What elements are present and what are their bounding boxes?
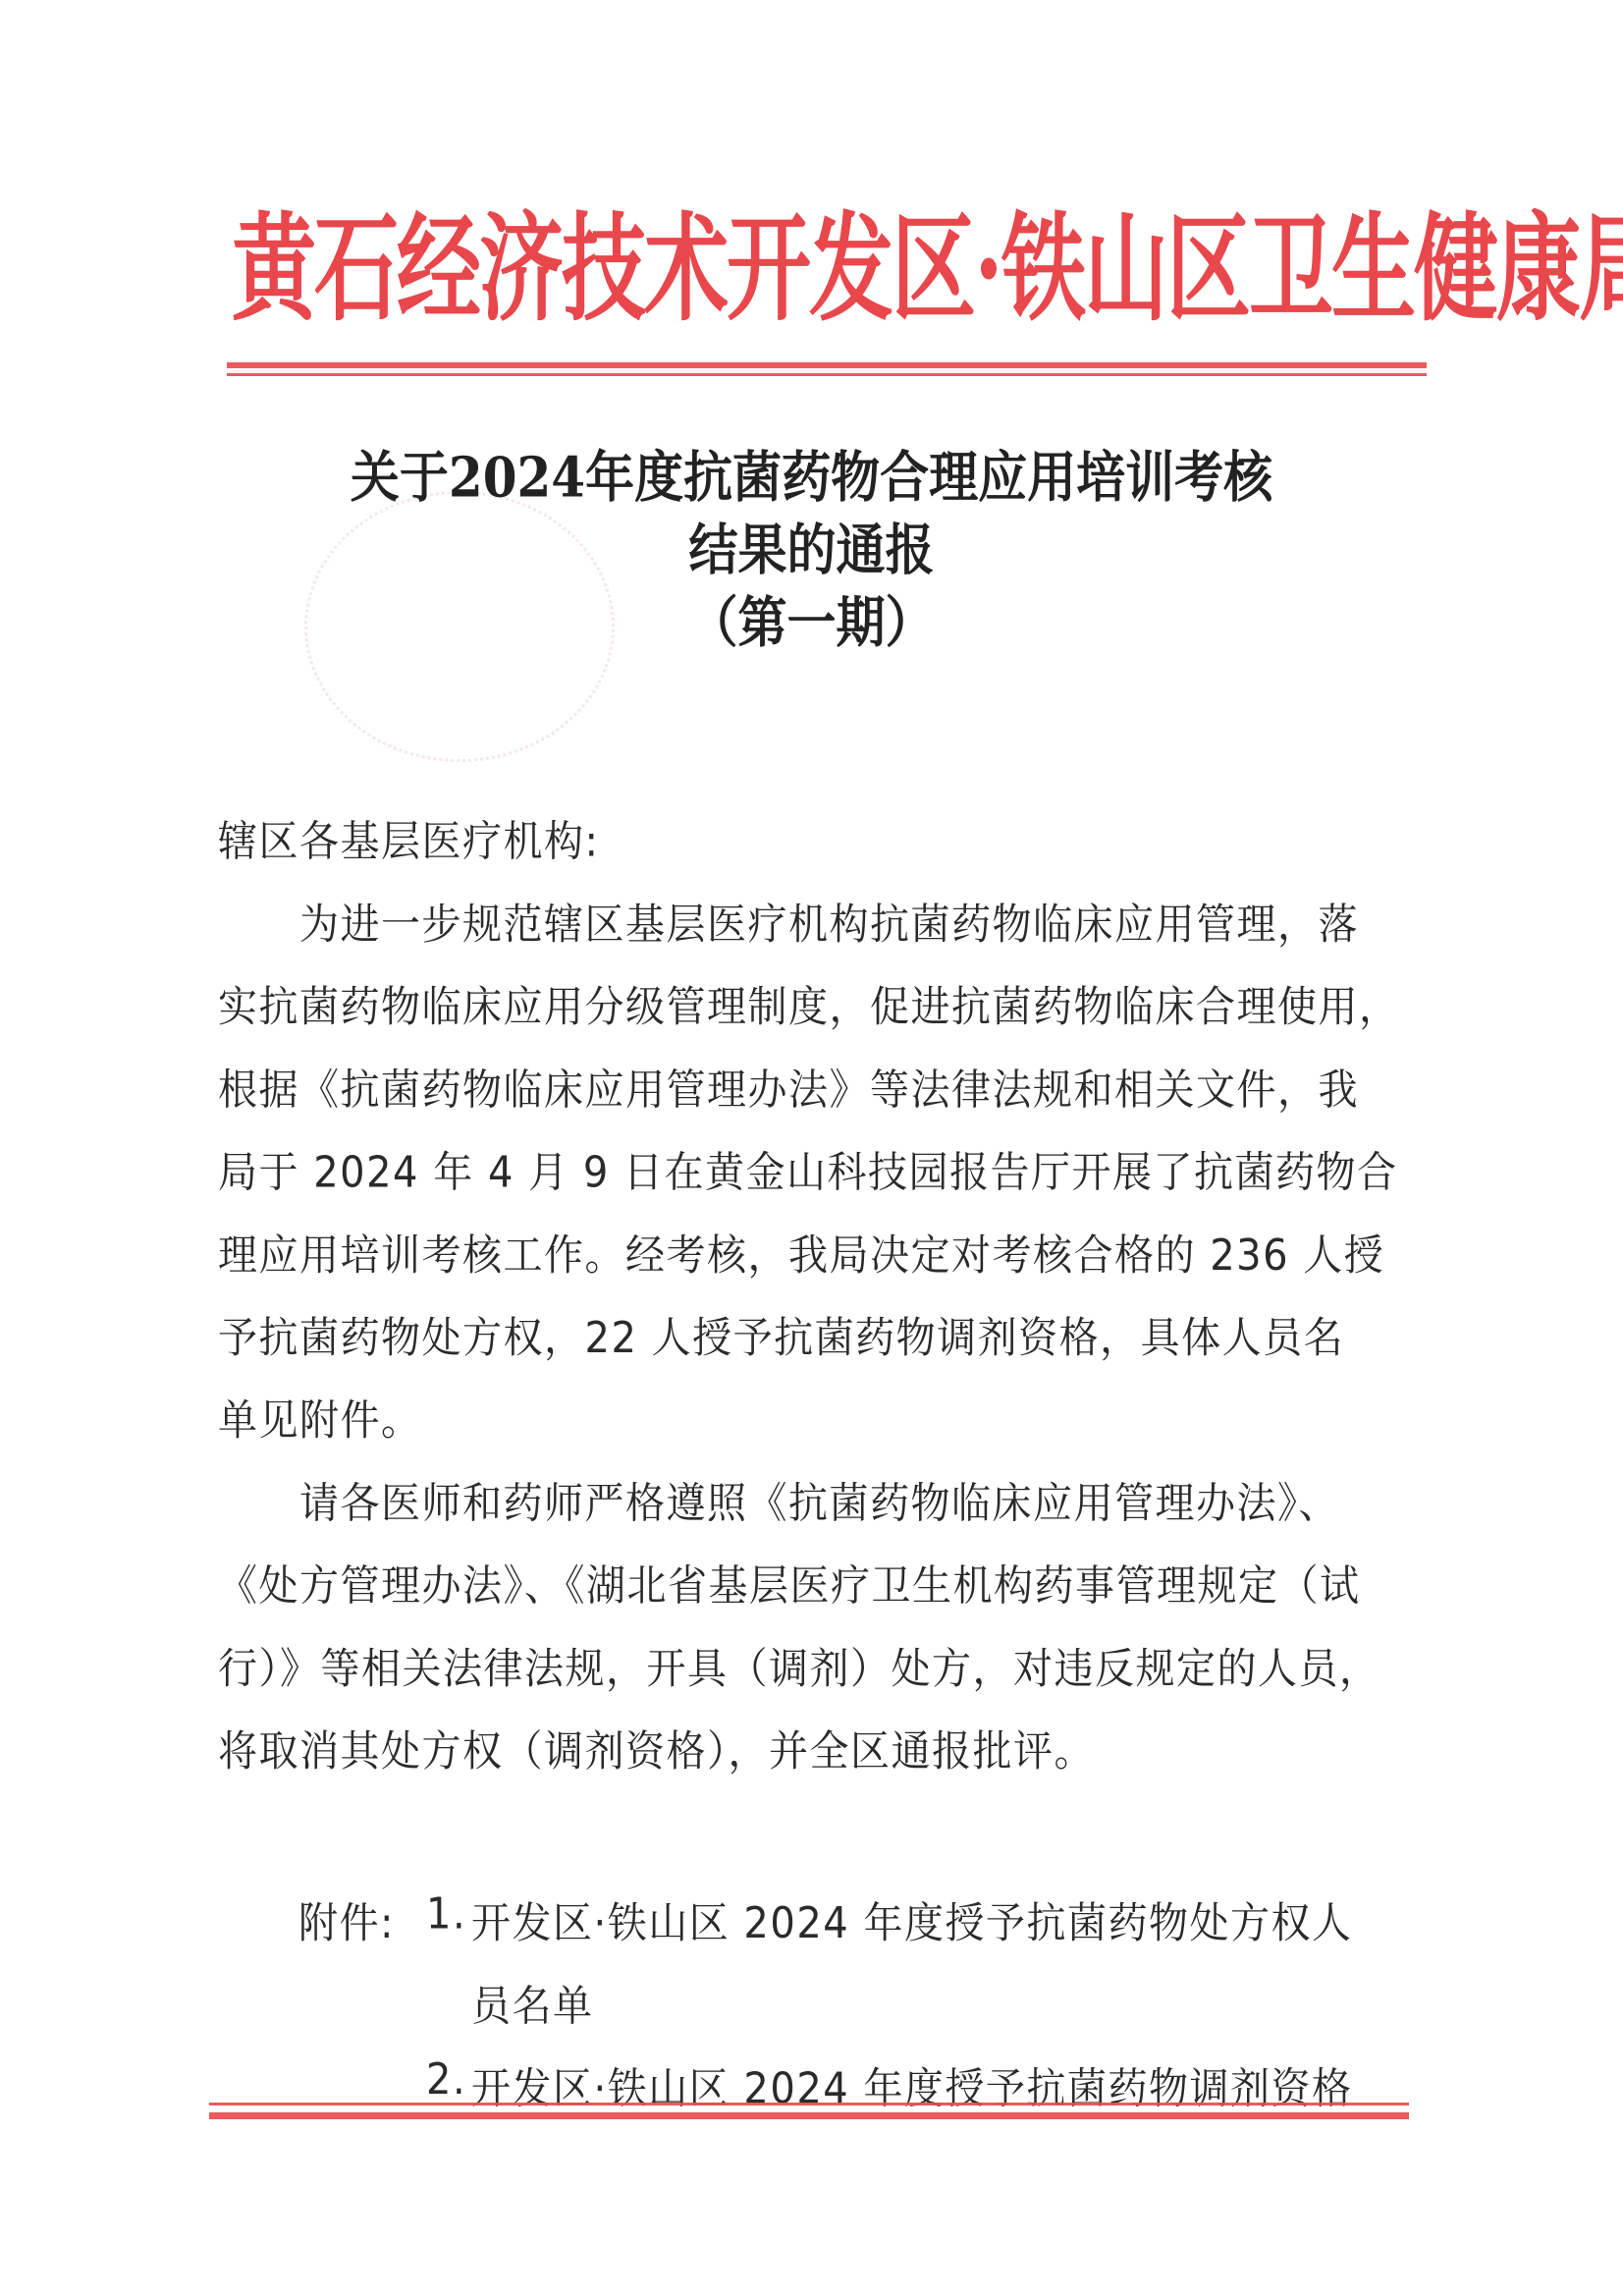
document-title-line1: 关于2024年度抗菌药物合理应用培训考核 (196, 434, 1427, 514)
masthead-rule-thick (227, 362, 1427, 368)
paragraph-1-line-2: 实抗菌药物临床应用分级管理制度，促进抗菌药物临床合理使用， (218, 973, 1400, 1034)
document-page: 黄石经济技术开发区·铁山区卫生健康局 关于2024年度抗菌药物合理应用培训考核 … (0, 0, 1623, 2296)
attachment-1-title-cont: 员名单 (471, 1973, 594, 2034)
salutation: 辖区各基层医疗机构: (218, 808, 599, 869)
paragraph-1-line-1: 为进一步规范辖区基层医疗机构抗菌药物临床应用管理，落 (218, 891, 1359, 952)
attachment-2-title: 开发区·铁山区 2024 年度授予抗菌药物调剂资格 (471, 2055, 1352, 2116)
footer-rule-thick (209, 2112, 1409, 2119)
footer-rule-thin (209, 2103, 1409, 2105)
document-title-line2: 结果的通报 (196, 507, 1427, 586)
attachment-2-number: 2. (426, 2055, 466, 2105)
paragraph-2-line-3: 行）》等相关法律法规，开具（调剂）处方，对违反规定的人员， (218, 1635, 1380, 1696)
paragraph-2-line-1: 请各医师和药师严格遵照《抗菌药物临床应用管理办法》、 (218, 1470, 1339, 1531)
attachments-label: 附件: (298, 1890, 395, 1951)
masthead-text: 黄石经济技术开发区·铁山区卫生健康局 (232, 212, 1430, 329)
paragraph-2-line-2: 《处方管理办法》、《湖北省基层医疗卫生机构药事管理规定（试 (218, 1553, 1361, 1613)
document-title-issue: （第一期） (196, 579, 1427, 659)
paragraph-1-line-3: 根据《抗菌药物临床应用管理办法》等法律法规和相关文件，我 (218, 1057, 1359, 1118)
masthead-rule-thin (227, 373, 1427, 376)
attachment-1-number: 1. (426, 1890, 466, 1940)
attachment-1-title: 开发区·铁山区 2024 年度授予抗菌药物处方权人 (471, 1890, 1352, 1951)
paragraph-2-line-4: 将取消其处方权（调剂资格），并全区通报批评。 (218, 1719, 1095, 1779)
paragraph-1-line-7: 单见附件。 (218, 1388, 422, 1449)
paragraph-1-line-4: 局于 2024 年 4 月 9 日在黄金山科技园报告厅开展了抗菌药物合 (218, 1139, 1397, 1200)
paragraph-1-line-6: 予抗菌药物处方权，22 人授予抗菌药物调剂资格，具体人员名 (218, 1304, 1344, 1365)
masthead-title: 黄石经济技术开发区·铁山区卫生健康局 (232, 182, 1430, 357)
paragraph-1-line-5: 理应用培训考核工作。经考核，我局决定对考核合格的 236 人授 (218, 1222, 1384, 1283)
